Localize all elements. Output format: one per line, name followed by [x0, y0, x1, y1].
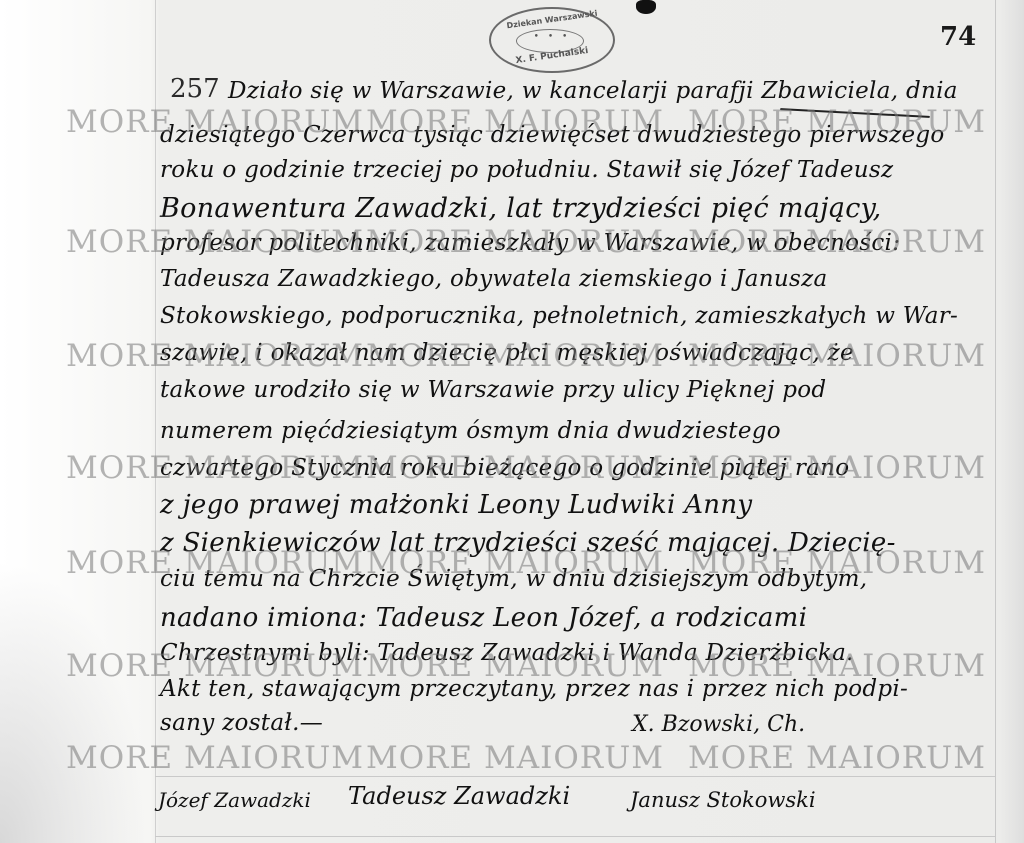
body-line: roku o godzinie trzeciej po południu. St…	[160, 157, 893, 183]
watermark: MORE MAIORUM	[66, 740, 364, 776]
body-line: Tadeusza Zawadzkiego, obywatela ziemskie…	[160, 266, 828, 292]
parish-stamp: Dziekan Warszawski • • • X. F. Puchalski	[489, 7, 615, 73]
body-line: z jego prawej małżonki Leony Ludwiki Ann…	[160, 490, 752, 520]
watermark: MORE MAIORUM	[688, 224, 986, 260]
page-shadow	[0, 560, 150, 843]
watermark: MORE MAIORUM	[688, 648, 986, 684]
watermark: MORE MAIORUM	[366, 224, 664, 260]
watermark: MORE MAIORUM	[688, 450, 986, 486]
watermark: MORE MAIORUM	[66, 338, 364, 374]
page-number: 74	[940, 22, 976, 52]
body-line: sany został.—	[160, 710, 323, 736]
officiant-signature: X. Bzowski, Ch.	[632, 712, 805, 737]
page-edge	[995, 0, 996, 843]
watermark: MORE MAIORUM	[366, 545, 664, 581]
signature-1: Józef Zawadzki	[158, 788, 311, 812]
body-line: nadano imiona: Tadeusz Leon Józef, a rod…	[160, 603, 807, 633]
ruled-line	[155, 776, 995, 777]
watermark: MORE MAIORUM	[66, 648, 364, 684]
watermark: MORE MAIORUM	[366, 740, 664, 776]
watermark: MORE MAIORUM	[688, 338, 986, 374]
body-line: Działo się w Warszawie, w kancelarji par…	[228, 78, 958, 104]
signature-3: Janusz Stokowski	[630, 788, 816, 812]
watermark: MORE MAIORUM	[66, 545, 364, 581]
watermark: MORE MAIORUM	[688, 104, 986, 140]
stamp-stars: • • •	[491, 32, 613, 42]
watermark: MORE MAIORUM	[66, 450, 364, 486]
signature-2: Tadeusz Zawadzki	[348, 782, 570, 810]
ink-blot	[636, 0, 656, 14]
record-number: 257	[170, 74, 220, 104]
watermark: MORE MAIORUM	[688, 740, 986, 776]
scanned-page: Dziekan Warszawski • • • X. F. Puchalski…	[0, 0, 1024, 843]
body-line: Bonawentura Zawadzki, lat trzydzieści pi…	[160, 193, 881, 224]
body-line: numerem pięćdziesiątym ósmym dnia dwudzi…	[160, 418, 781, 444]
watermark: MORE MAIORUM	[66, 224, 364, 260]
ruled-line	[155, 836, 995, 837]
watermark: MORE MAIORUM	[366, 104, 664, 140]
body-line: Stokowskiego, podporucznika, pełnoletnic…	[160, 303, 958, 329]
watermark: MORE MAIORUM	[366, 338, 664, 374]
body-line: takowe urodziło się w Warszawie przy uli…	[160, 377, 826, 403]
watermark: MORE MAIORUM	[66, 104, 364, 140]
watermark: MORE MAIORUM	[688, 545, 986, 581]
watermark: MORE MAIORUM	[366, 450, 664, 486]
watermark: MORE MAIORUM	[366, 648, 664, 684]
